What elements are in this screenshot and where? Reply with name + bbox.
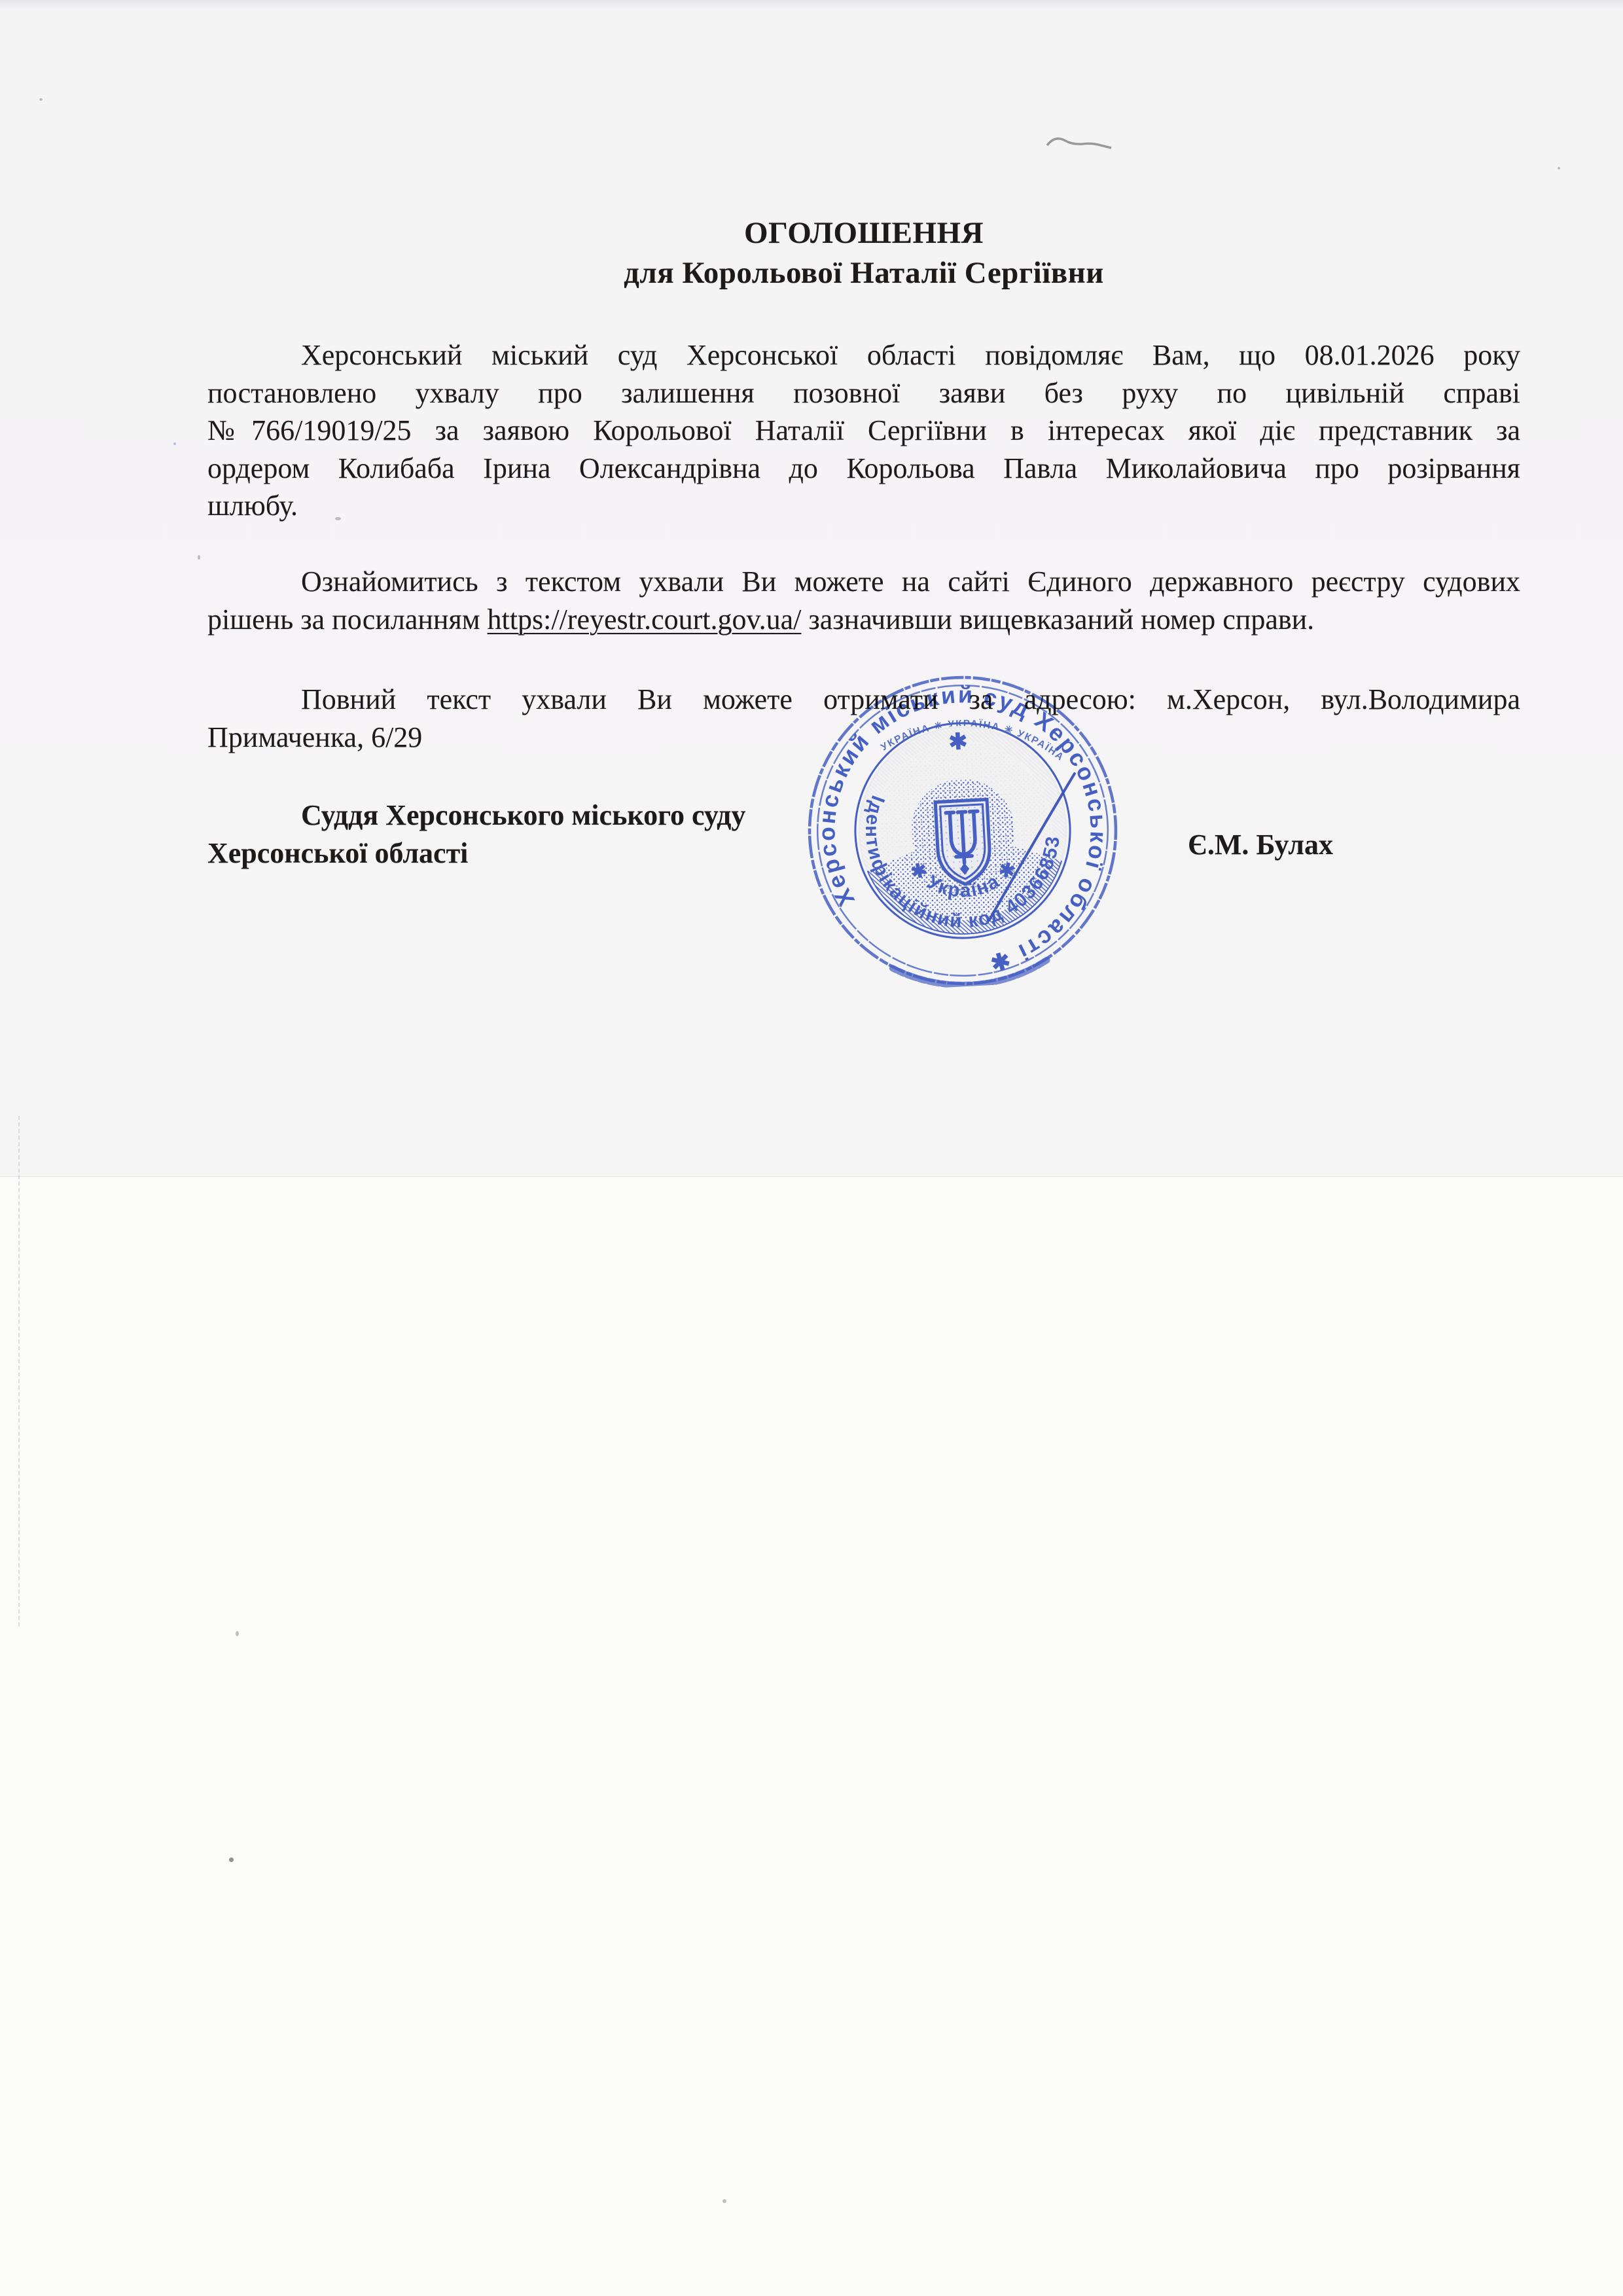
paragraph-line: Херсонський міський суд Херсонської обла… xyxy=(207,336,1520,374)
judge-name: Є.М. Булах xyxy=(1188,826,1333,864)
reestr-court-link[interactable]: https://reyestr.court.gov.ua/ xyxy=(488,603,802,636)
document-title-block: ОГОЛОШЕННЯ для Корольової Наталії Сергії… xyxy=(207,213,1520,293)
court-stamp-svg: УКРАЇНА ✳ УКРАЇНА ✳ УКРАЇНА Херсонський … xyxy=(799,667,1126,994)
paragraph-line: шлюбу. xyxy=(207,487,1520,525)
scanned-court-announcement-page: ОГОЛОШЕННЯ для Корольової Наталії Сергії… xyxy=(0,0,1623,2296)
paragraph-line: №766/19019/25 за заявою Корольової Натал… xyxy=(207,412,1520,450)
document-content: ОГОЛОШЕННЯ для Корольової Наталії Сергії… xyxy=(0,0,1623,2296)
paragraph-line: рішень за посиланням https://reyestr.cou… xyxy=(207,601,1520,639)
paragraph-registry: Ознайомитись з текстом ухвали Ви можете … xyxy=(207,563,1520,638)
page-subtitle: для Корольової Наталії Сергіївни xyxy=(207,253,1520,293)
page-title: ОГОЛОШЕННЯ xyxy=(207,213,1520,253)
paragraph-main: Херсонський міський суд Херсонської обла… xyxy=(207,336,1520,525)
paragraph-line: ордером Колибаба Ірина Олександрівна до … xyxy=(207,450,1520,488)
paragraph-line: постановлено ухвалу про залишення позовн… xyxy=(207,374,1520,412)
paragraph-line: Ознайомитись з текстом ухвали Ви можете … xyxy=(207,563,1520,601)
court-stamp: УКРАЇНА ✳ УКРАЇНА ✳ УКРАЇНА Херсонський … xyxy=(799,667,1126,994)
stamp-top-asterisk: ✱ xyxy=(948,729,969,755)
registry-text-before-link: рішень за посиланням xyxy=(207,603,488,636)
registry-text-after-link: зазначивши вищевказаний номер справи. xyxy=(801,603,1314,636)
